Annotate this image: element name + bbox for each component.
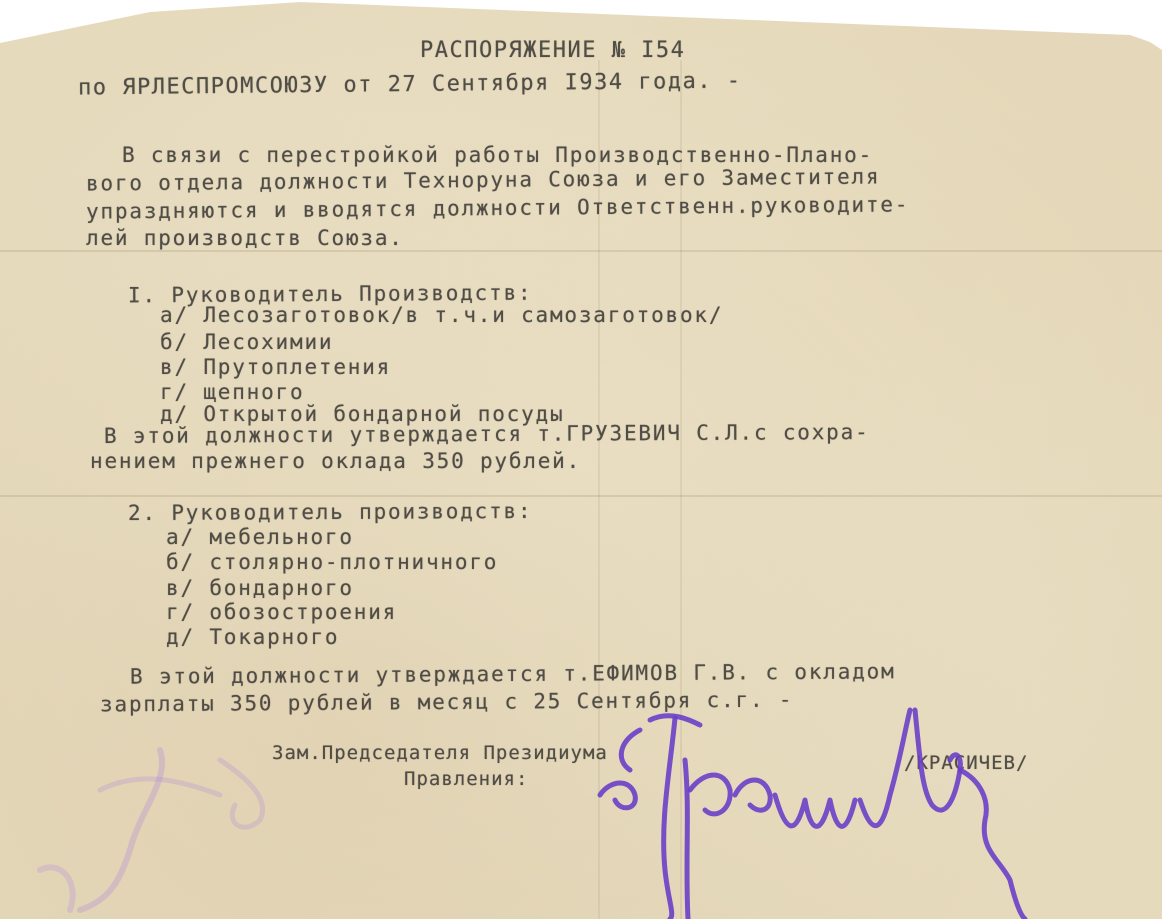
- section2-item: г/ обозостроения: [166, 600, 397, 624]
- item-marker: а/: [166, 525, 195, 549]
- item-marker: г/: [160, 380, 189, 404]
- item-marker: б/: [160, 330, 189, 354]
- section1-item: г/ щепного: [160, 380, 304, 404]
- intro-line: вого отдела должности Техноруна Союза и …: [86, 165, 881, 196]
- item-text: Лесохимии: [203, 330, 333, 354]
- item-marker: д/: [166, 625, 195, 649]
- item-text: Лесозаготовок/в т.ч.и самозаготовок/: [203, 303, 723, 327]
- section2-item: в/ бондарного: [166, 576, 354, 600]
- document-subtitle: по ЯРЛЕСПРОМСОЮЗУ от 27 Сентября I934 го…: [78, 69, 742, 101]
- item-text: щепного: [203, 380, 304, 404]
- document-title: РАСПОРЯЖЕНИЕ № I54: [420, 38, 685, 63]
- document-page: РАСПОРЯЖЕНИЕ № I54 по ЯРЛЕСПРОМСОЮЗУ от …: [0, 0, 1162, 919]
- item-text: бондарного: [209, 576, 353, 600]
- item-marker: б/: [166, 550, 195, 574]
- item-text: столярно-плотничного: [209, 550, 498, 574]
- section1-appointment: В этой должности утверждается т.ГРУЗЕВИЧ…: [104, 420, 870, 448]
- paper-fold: [0, 250, 1162, 252]
- faint-stamp-mark: [20, 740, 400, 919]
- signatory-position-2: Правления:: [404, 768, 528, 790]
- section2-appointment: В этой должности утверждается т.ЕФИМОВ Г…: [130, 659, 896, 688]
- item-marker: в/: [166, 576, 195, 600]
- item-marker: в/: [160, 355, 189, 379]
- item-text: Прутоплетения: [203, 355, 391, 379]
- item-marker: а/: [160, 303, 189, 327]
- item-text: мебельного: [209, 525, 353, 549]
- section2-heading: 2. Руководитель производств:: [128, 499, 533, 525]
- intro-line: лей производств Союза.: [86, 226, 404, 250]
- item-text: обозостроения: [209, 600, 397, 624]
- section1-item: а/ Лесозаготовок/в т.ч.и самозаготовок/: [160, 303, 723, 327]
- paper-fold: [0, 495, 1162, 497]
- section1-item: в/ Прутоплетения: [160, 355, 391, 379]
- item-marker: д/: [160, 402, 189, 426]
- section2-item: д/ Токарного: [166, 625, 339, 649]
- item-marker: г/: [166, 600, 195, 624]
- section2-item: б/ столярно-плотничного: [166, 550, 498, 574]
- section1-appointment: нением прежнего оклада 350 рублей.: [90, 449, 581, 473]
- intro-line: В связи с перестройкой работы Производст…: [122, 143, 873, 167]
- handwritten-signature: [560, 700, 1080, 919]
- section2-item: а/ мебельного: [166, 525, 354, 549]
- section1-item: б/ Лесохимии: [160, 330, 333, 354]
- item-text: Токарного: [209, 625, 339, 649]
- intro-line: упраздняются и вводятся должности Ответс…: [86, 192, 909, 223]
